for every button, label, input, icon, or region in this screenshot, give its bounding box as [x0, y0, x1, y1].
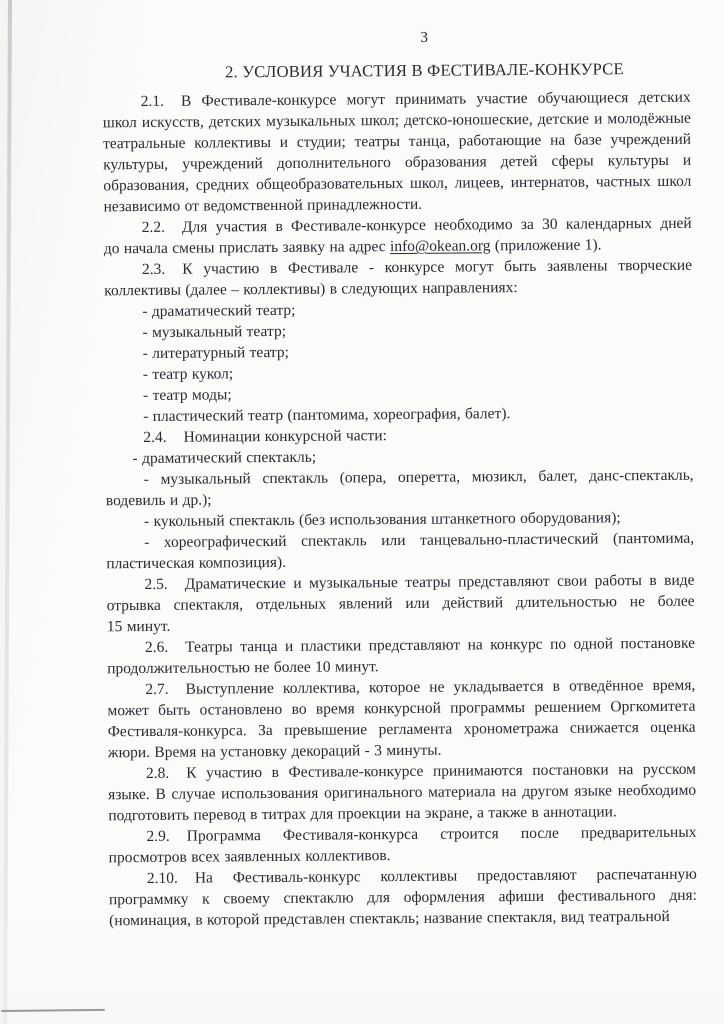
paragraph-number: 2.2. [142, 219, 165, 236]
paragraph-text: (приложение 1). [490, 236, 601, 254]
paragraph-number: 2.9. [146, 828, 169, 845]
paragraph-text: Программа Фестиваля-конкурса строится по… [109, 824, 697, 867]
list-item-11: - музыкальный спектакль (опера, оперетта… [106, 465, 694, 512]
paragraph-number: 2.3. [142, 261, 165, 278]
paragraph-2-8: 2.8.К участию в Фестивале-конкурсе прини… [108, 759, 696, 827]
paragraph-text: - хореографический спектакль или танцева… [106, 530, 694, 573]
paragraph-text: - театр моды; [143, 386, 232, 404]
paragraph-text: - пластический театр (пантомима, хореогр… [143, 405, 510, 425]
paragraph-number: 2.10. [147, 870, 178, 887]
paragraph-text: Театры танца и пластики представляют на … [107, 635, 695, 678]
list-item-13: - хореографический спектакль или танцева… [106, 528, 694, 575]
document-body: 2.1.В Фестивале-конкурсе могут принимать… [103, 87, 698, 932]
paragraph-text: - театр кукол; [143, 365, 233, 383]
scanned-document-page: { "page": { "number": "3" }, "document":… [0, 0, 724, 1024]
paragraph-text: На Фестиваль-конкурс коллективы предоста… [109, 866, 697, 930]
paragraph-2-1: 2.1.В Фестивале-конкурсе могут принимать… [103, 87, 692, 218]
email-address: info@okean.org [390, 237, 491, 255]
document-page: 3 2. УСЛОВИЯ УЧАСТИЯ В ФЕСТИВАЛЕ-КОНКУРС… [0, 0, 724, 932]
paragraph-text: Выступление коллектива, которое не уклад… [107, 677, 695, 762]
paragraph-text: Драматические и музыкальные театры предс… [107, 572, 695, 636]
scan-bottom-edge-line [1, 1009, 105, 1012]
paragraph-text: - литературный театр; [143, 344, 289, 362]
paragraph-text: Номинации конкурсной части: [184, 427, 387, 446]
paragraph-2-6: 2.6.Театры танца и пластики представляют… [107, 633, 695, 680]
paragraph-text: - драматический театр; [142, 302, 295, 320]
paragraph-2-2: 2.2.Для участия в Фестивале-конкурсе нео… [104, 213, 692, 260]
paragraph-text: В Фестивале-конкурсе могут принимать уча… [103, 89, 692, 216]
paragraph-2-3: 2.3.К участию в Фестивале - конкурсе мог… [104, 255, 692, 302]
paragraph-text: К участию в Фестивале-конкурсе принимают… [108, 761, 696, 825]
paragraph-text: - кукольный спектакль (без использования… [144, 509, 621, 530]
paragraph-2-5: 2.5.Драматические и музыкальные театры п… [106, 570, 694, 638]
paragraph-2-9: 2.9.Программа Фестиваля-конкурса строитс… [108, 822, 696, 869]
paragraph-text: - драматический спектакль; [132, 449, 316, 467]
paragraph-2-10: 2.10.На Фестиваль-конкурс коллективы пре… [109, 864, 697, 932]
paragraph-number: 2.7. [145, 681, 168, 698]
paragraph-number: 2.8. [146, 765, 169, 782]
paragraph-2-7: 2.7.Выступление коллектива, которое не у… [107, 675, 696, 764]
paragraph-text: - музыкальный спектакль (опера, оперетта… [106, 467, 694, 510]
document-title: 2. УСЛОВИЯ УЧАСТИЯ В ФЕСТИВАЛЕ-КОНКУРСЕ [158, 58, 690, 83]
paragraph-number: 2.1. [141, 93, 164, 110]
paragraph-text: К участию в Фестивале - конкурсе могут б… [104, 257, 692, 300]
paragraph-number: 2.6. [145, 639, 168, 656]
paragraph-text: - музыкальный театр; [142, 323, 286, 341]
page-number: 3 [158, 26, 690, 50]
paragraph-number: 2.5. [144, 576, 167, 593]
paragraph-number: 2.4. [143, 429, 166, 446]
